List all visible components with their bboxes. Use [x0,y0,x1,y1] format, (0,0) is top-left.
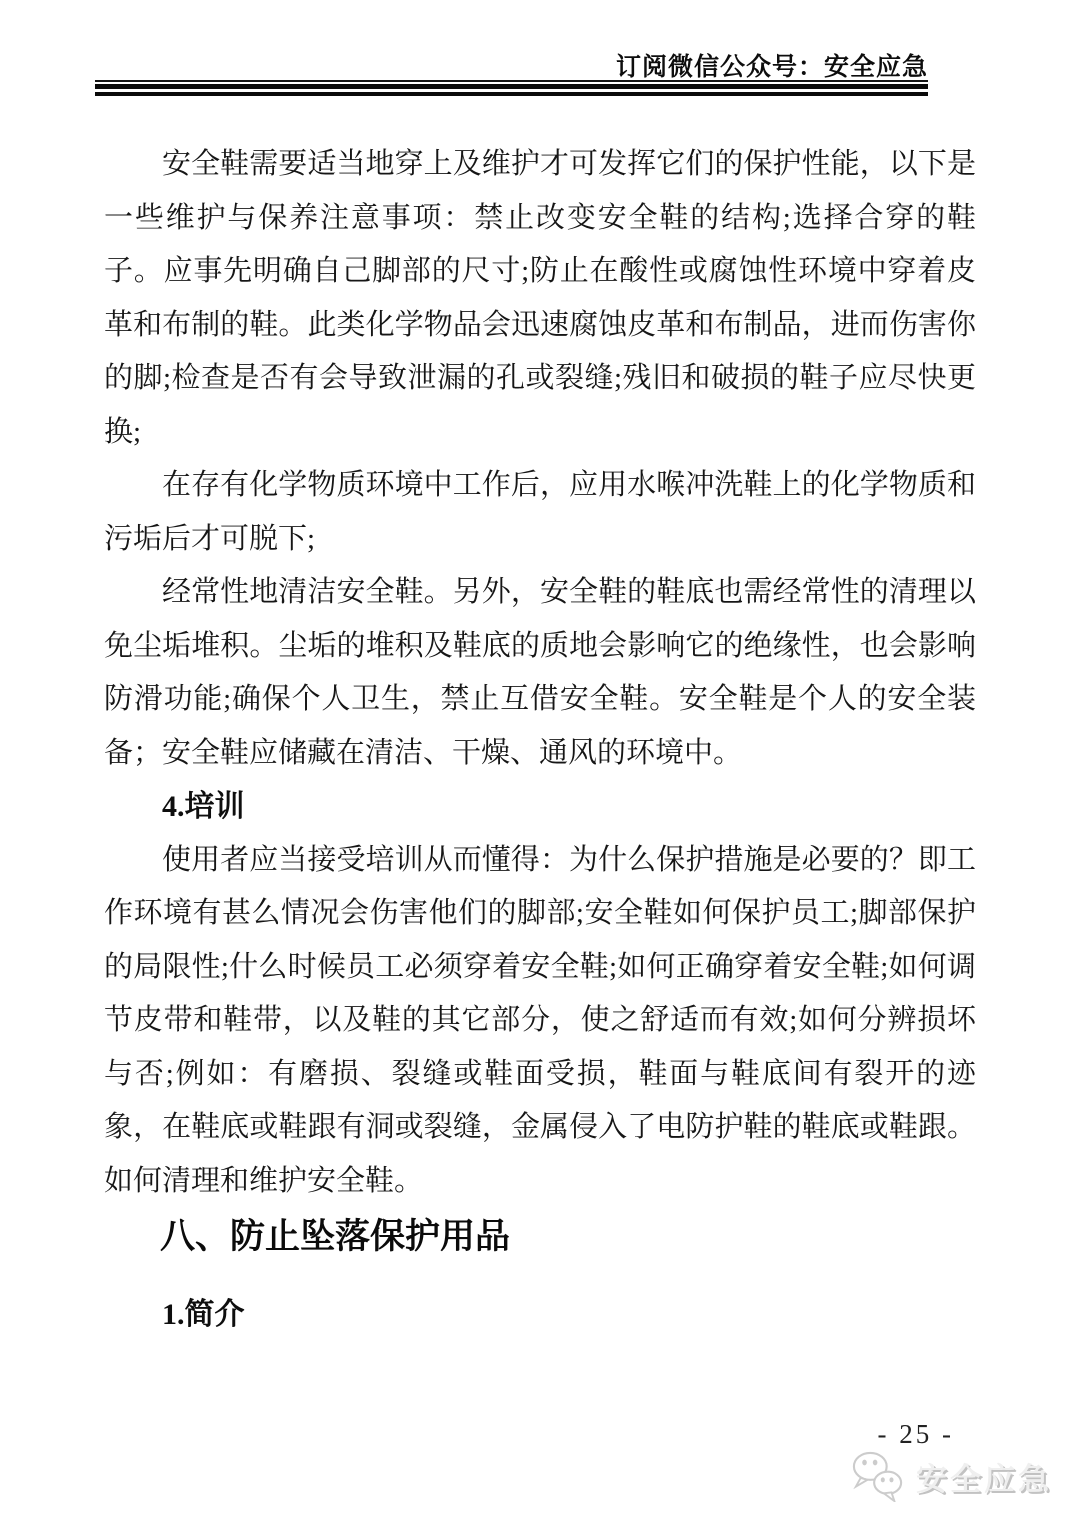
wechat-subscribe-note: 订阅微信公众号：安全应急 [95,54,928,80]
footer-brand-text: 安全应急 [916,1454,1052,1499]
heading-intro: 1.简介 [104,1288,976,1342]
document-page: 订阅微信公众号：安全应急 安全鞋需要适当地穿上及维护才可发挥它们的保护性能，以下… [0,0,1080,1527]
heading-training: 4.培训 [104,780,976,834]
footer-brand: 安全应急 [849,1450,1052,1502]
header-double-rule [95,84,928,96]
paragraph-shoe-maintenance: 安全鞋需要适当地穿上及维护才可发挥它们的保护性能，以下是一些维护与保养注意事项：… [104,138,976,459]
paragraph-training-content: 使用者应当接受培训从而懂得：为什么保护措施是必要的？即工作环境有甚么情况会伤害他… [104,834,976,1209]
wechat-icon [849,1450,907,1502]
page-number: - 25 - [878,1419,954,1450]
paragraph-chemical-rinse: 在存有化学物质环境中工作后，应用水喉冲洗鞋上的化学物质和污垢后才可脱下; [104,459,976,566]
header-thin-rule [95,80,928,82]
heading-fall-protection-section: 八、防止坠落保护用品 [104,1212,976,1262]
document-body: 安全鞋需要适当地穿上及维护才可发挥它们的保护性能，以下是一些维护与保养注意事项：… [104,138,976,1342]
paragraph-cleaning-storage: 经常性地清洁安全鞋。另外，安全鞋的鞋底也需经常性的清理以免尘垢堆积。尘垢的堆积及… [104,566,976,780]
